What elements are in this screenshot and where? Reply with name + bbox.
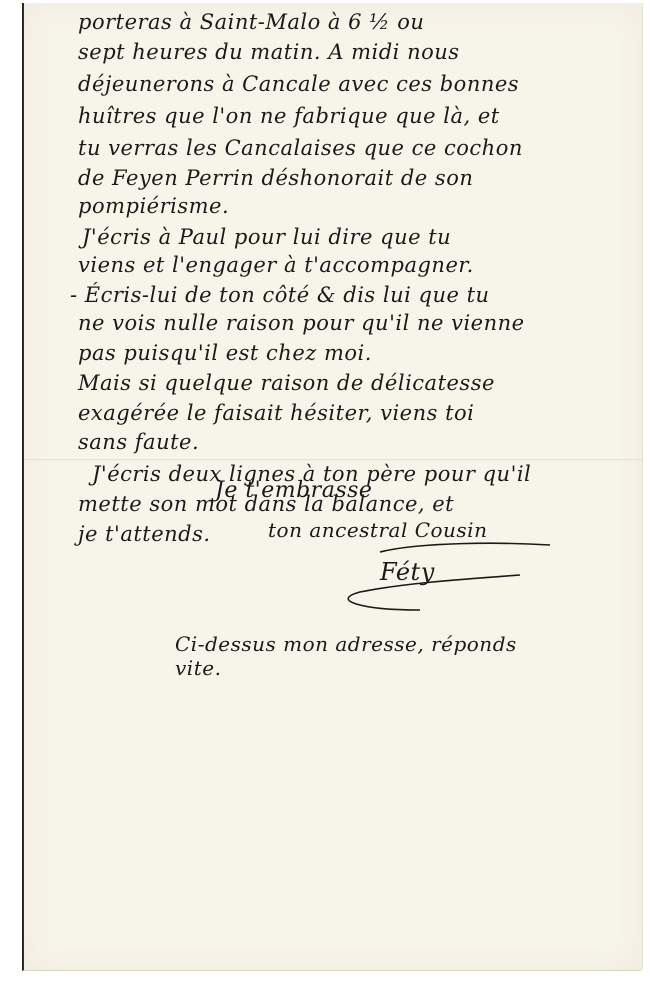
letter-line: de Feyen Perrin déshonorait de son: [78, 166, 473, 190]
letter-line: pompiérisme.: [78, 194, 229, 218]
closing-line: Je t'embrasse: [215, 478, 372, 503]
postscript-line: Ci-dessus mon adresse, réponds: [175, 632, 517, 656]
postscript-line: vite.: [175, 656, 221, 680]
letter-line: huîtres que l'on ne fabrique que là, et: [78, 104, 500, 128]
letter-line: tu verras les Cancalaises que ce cochon: [78, 136, 523, 160]
letter-line: viens et l'engager à t'accompagner.: [78, 253, 474, 277]
letter-line: ne vois nulle raison pour qu'il ne vienn…: [78, 311, 525, 335]
closing-line: ton ancestral Cousin: [268, 518, 487, 542]
letter-line: sept heures du matin. A midi nous: [78, 40, 460, 64]
letter-line: Mais si quelque raison de délicatesse: [78, 371, 495, 395]
letter-line: J'écris à Paul pour lui dire que tu: [82, 225, 451, 249]
letter-line: pas puisqu'il est chez moi.: [78, 341, 372, 365]
letter-line: exagérée le faisait hésiter, viens toi: [78, 401, 474, 425]
letter-line: - Écris-lui de ton côté & dis lui que tu: [70, 283, 490, 307]
signature-flourish: [320, 540, 560, 620]
letter-line: je t'attends.: [78, 522, 211, 546]
letter-line: sans faute.: [78, 430, 199, 454]
letter-line: déjeunerons à Cancale avec ces bonnes: [78, 72, 519, 96]
paper-fold-crease: [24, 459, 642, 461]
letter-line: porteras à Saint-Malo à 6 ½ ou: [78, 10, 424, 34]
